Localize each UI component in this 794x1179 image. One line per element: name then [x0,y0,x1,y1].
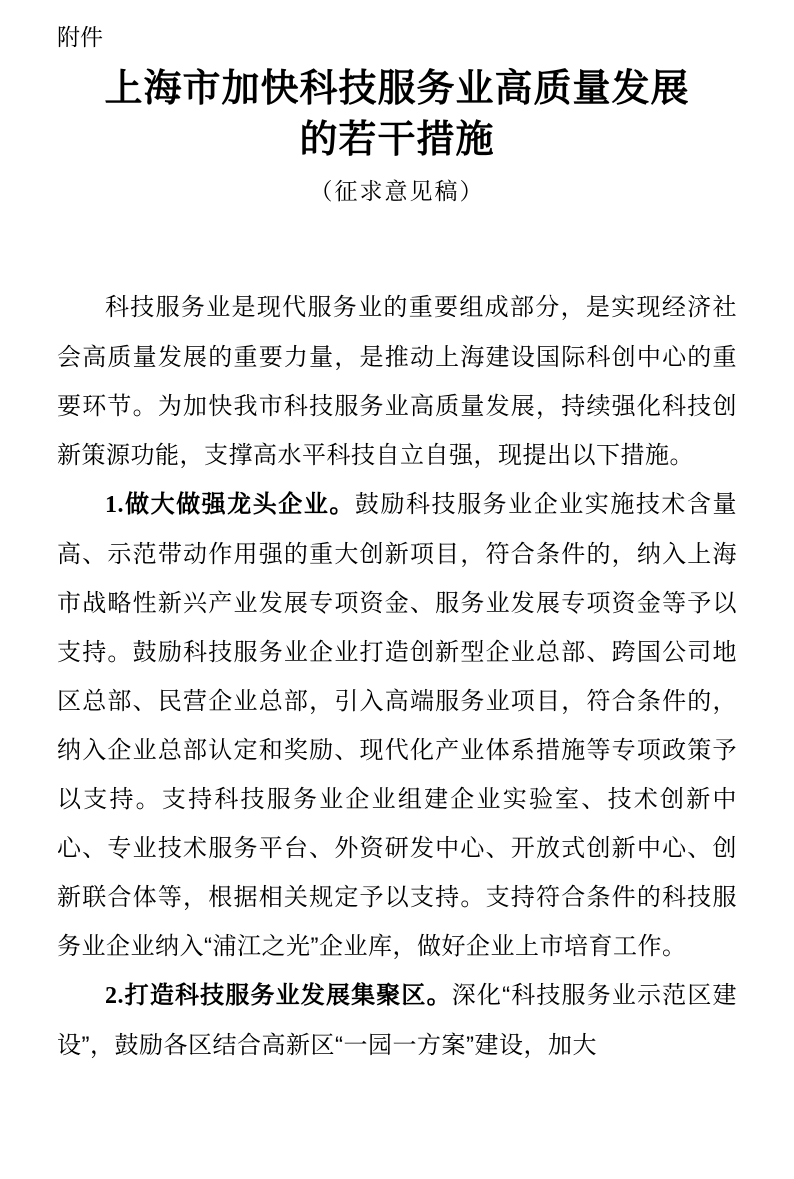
paragraph-lead: 1.做大做强龙头企业。 [105,492,355,518]
title-line-2: 的若干措施 [299,119,494,161]
document-body: 科技服务业是现代服务业的重要组成部分，是实现经济社会高质量发展的重要力量，是推动… [57,283,737,1070]
document-subtitle: （征求意见稿） [57,179,737,204]
body-paragraph: 科技服务业是现代服务业的重要组成部分，是实现经济社会高质量发展的重要力量，是推动… [57,283,737,480]
attachment-label: 附件 [57,25,737,49]
body-paragraph: 1.做大做强龙头企业。鼓励科技服务业企业实施技术含量高、示范带动作用强的重大创新… [57,480,737,971]
document-page: 附件 上海市加快科技服务业高质量发展 的若干措施 （征求意见稿） 科技服务业是现… [0,0,794,1179]
title-line-1: 上海市加快科技服务业高质量发展 [104,68,689,110]
paragraph-lead: 2.打造科技服务业发展集聚区。 [105,983,452,1009]
paragraph-text: 科技服务业是现代服务业的重要组成部分，是实现经济社会高质量发展的重要力量，是推动… [57,294,737,469]
body-paragraph: 2.打造科技服务业发展集聚区。深化“科技服务业示范区建设”，鼓励各区结合高新区“… [57,971,737,1070]
document-title: 上海市加快科技服务业高质量发展 的若干措施 [57,64,737,166]
paragraph-text: 鼓励科技服务业企业实施技术含量高、示范带动作用强的重大创新项目，符合条件的，纳入… [57,491,737,960]
